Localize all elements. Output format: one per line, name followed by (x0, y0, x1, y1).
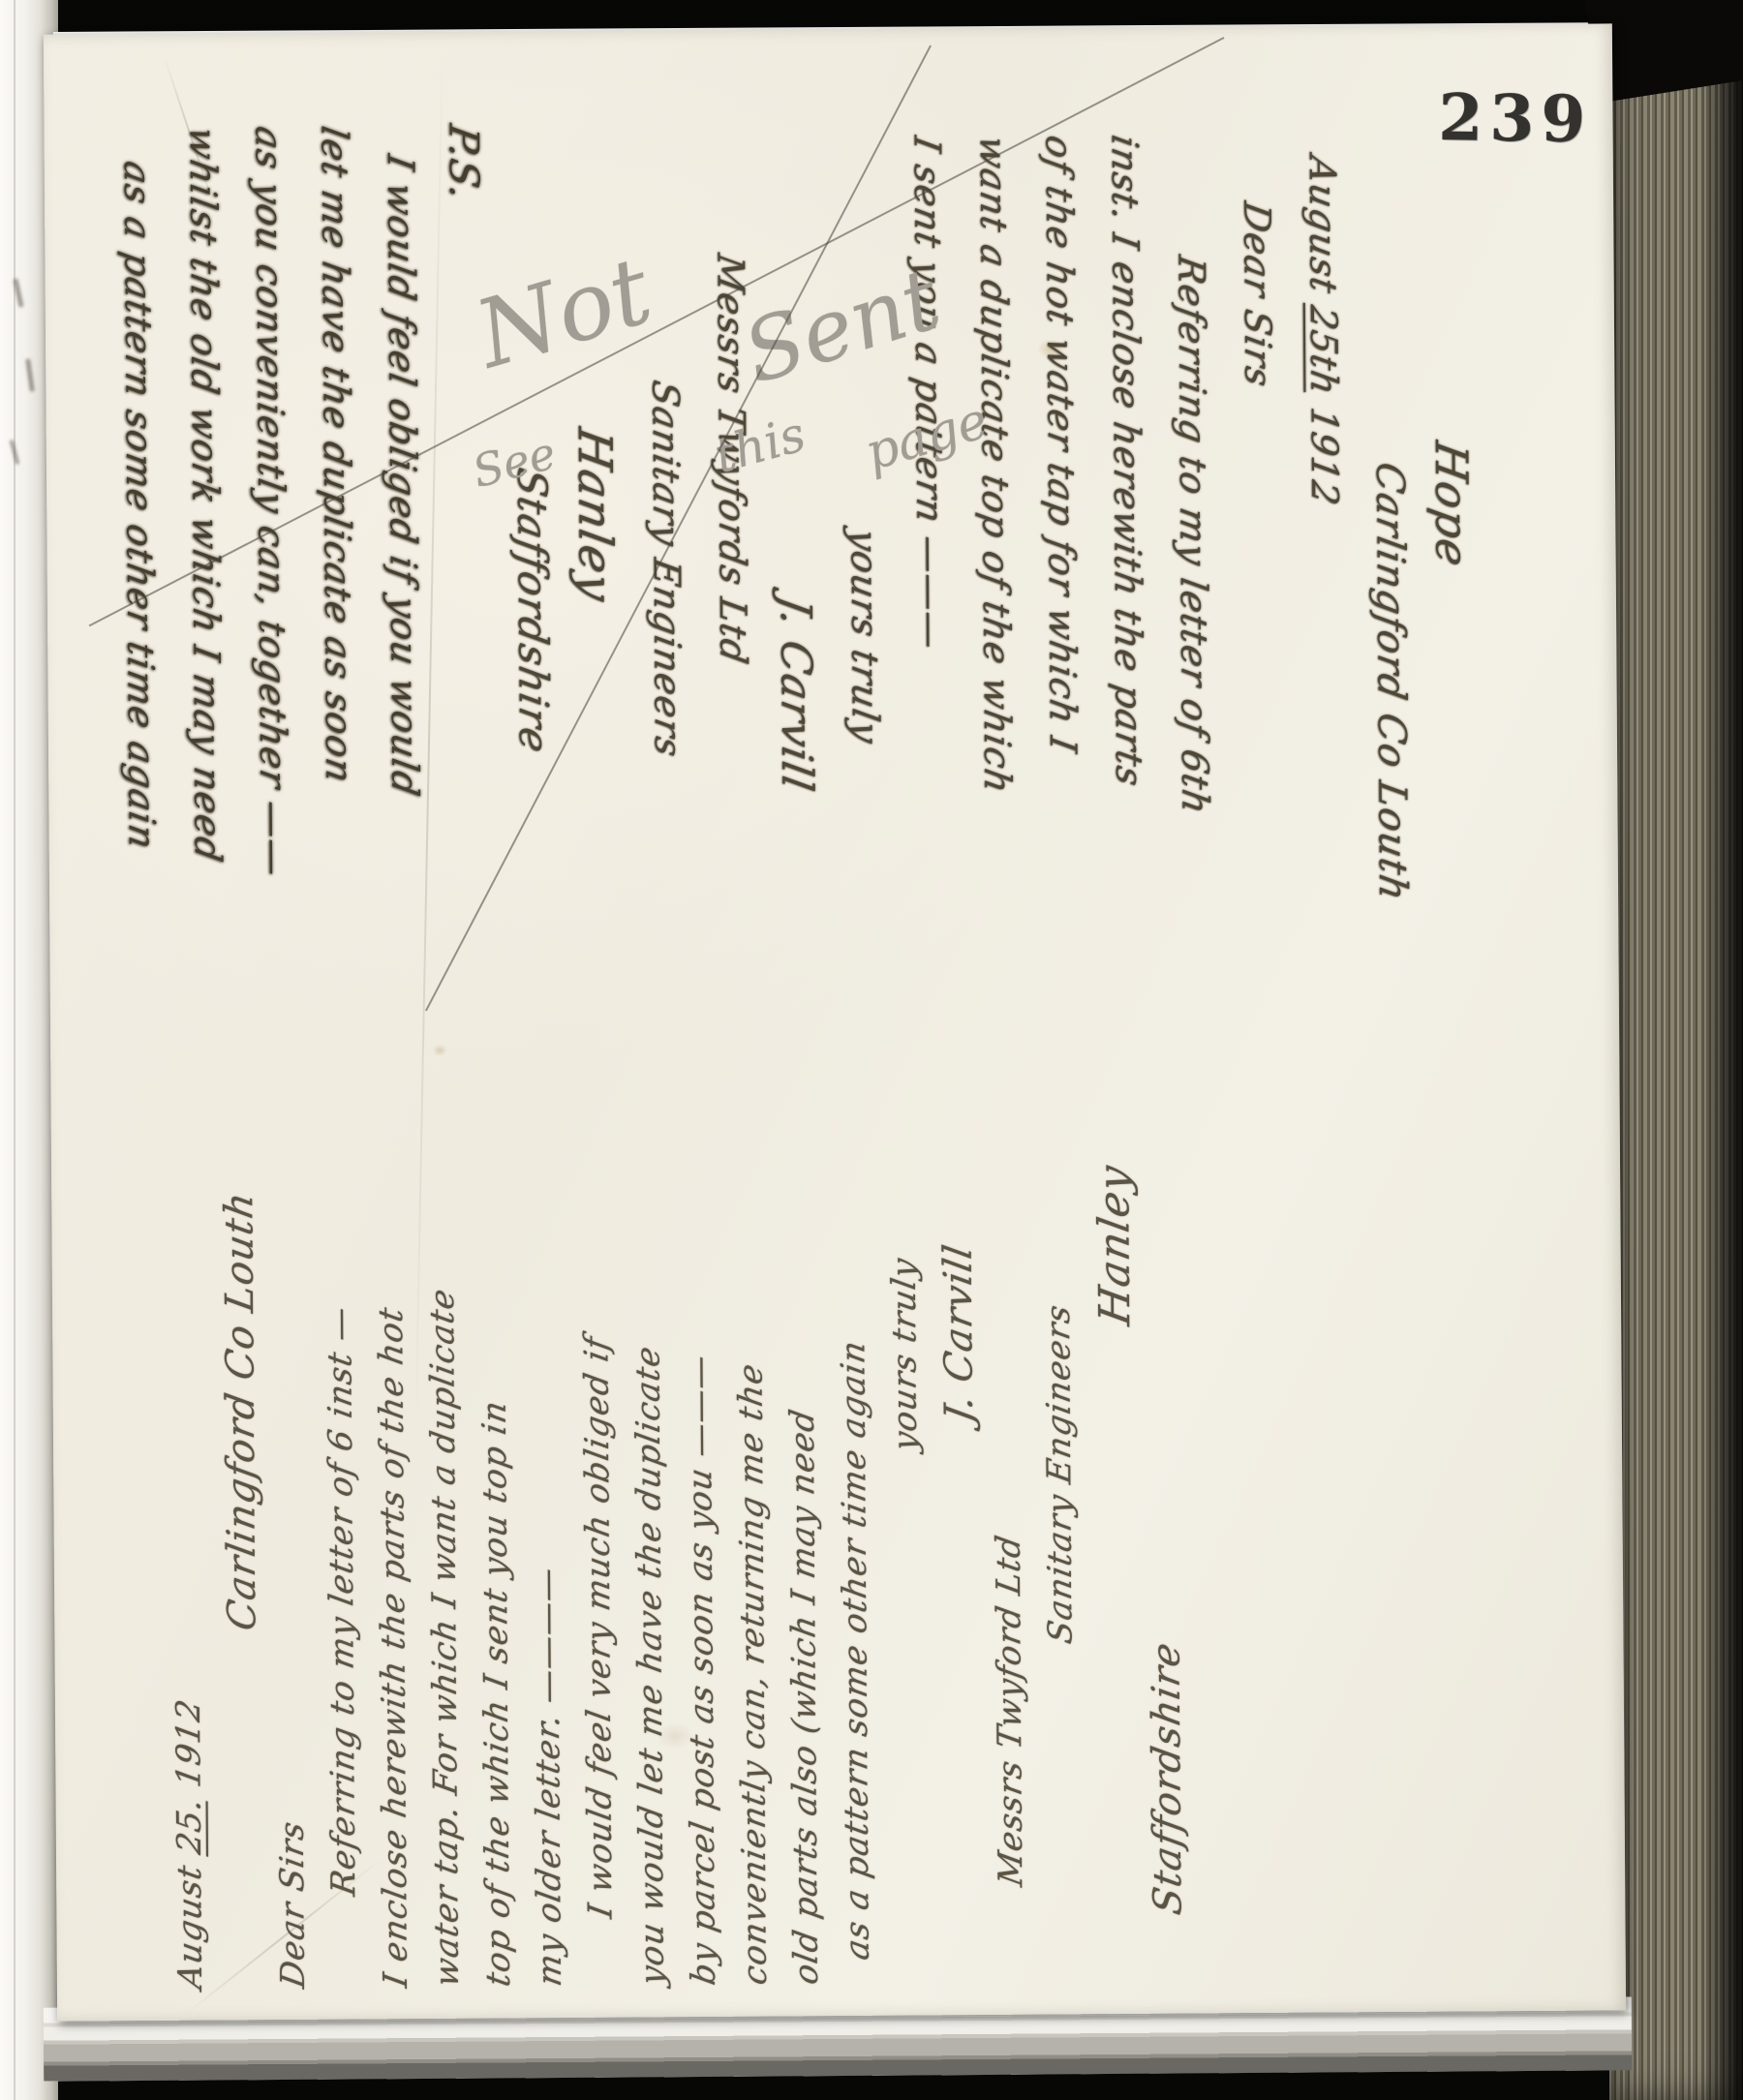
postscript-line: as a pattern some other time again (93, 154, 166, 1109)
scanned-book-photograph: 239 Hope Carlingford Co Louth August 25t… (0, 0, 1743, 2100)
date-day: 25. (170, 1795, 209, 1857)
addressee-line: Sanitary Engineers (1035, 745, 1093, 1649)
heading-line: Carlingford Co Louth (1346, 455, 1417, 1100)
body-line: my older letter. ———— (522, 748, 582, 1992)
body-line: conveniently can, returning me the (727, 746, 787, 1990)
date-post: 1912 (1302, 392, 1346, 509)
body-line: old parts also (which I may need (779, 746, 839, 1990)
letter-bottom: August 25. 1912 Carlingford Co Louth Dea… (163, 748, 1154, 2009)
letterbook-page: 239 Hope Carlingford Co Louth August 25t… (44, 23, 1626, 2021)
body-line: by parcel post as soon as you ——— (676, 746, 736, 1990)
date-pre: August (1301, 153, 1345, 310)
heading-line: Carlingford Co Louth (214, 750, 271, 1635)
addressee-line: Messrs Twyford Ltd (984, 745, 1043, 1891)
salutation: Dear Sirs (1212, 195, 1285, 1101)
body-line: Referring to my letter of 6 inst — (317, 749, 376, 1901)
body-line: I would feel very much obliged if (573, 747, 632, 1923)
book-fore-edge-shadow (1699, 0, 1743, 2100)
date-line: August 25. 1912 (163, 750, 223, 1993)
addressee-line: Hanley (1086, 745, 1142, 1329)
addressee-line: Staffordshire (1138, 744, 1197, 1919)
body-line: I enclose herewith the parts of the hot (368, 749, 428, 1993)
date-line: August 25th 1912 (1278, 149, 1351, 1101)
date-pre: August (170, 1850, 210, 1992)
closing: yours truly (881, 746, 937, 1456)
date-day: 25th (1302, 302, 1346, 399)
body-line: water tap. For which I want a duplicate (419, 748, 479, 1992)
body-line: top of the which I sent you top in (471, 748, 531, 1992)
body-line: you would let me have the duplicate (625, 747, 685, 1991)
salutation: Dear Sirs (265, 749, 325, 1993)
heading-line: Hope (1412, 436, 1483, 1100)
body-line: as a pattern some other time again (830, 746, 890, 1964)
date-post: 1912 (169, 1696, 209, 1802)
signature: J. Carvill (933, 746, 989, 1427)
